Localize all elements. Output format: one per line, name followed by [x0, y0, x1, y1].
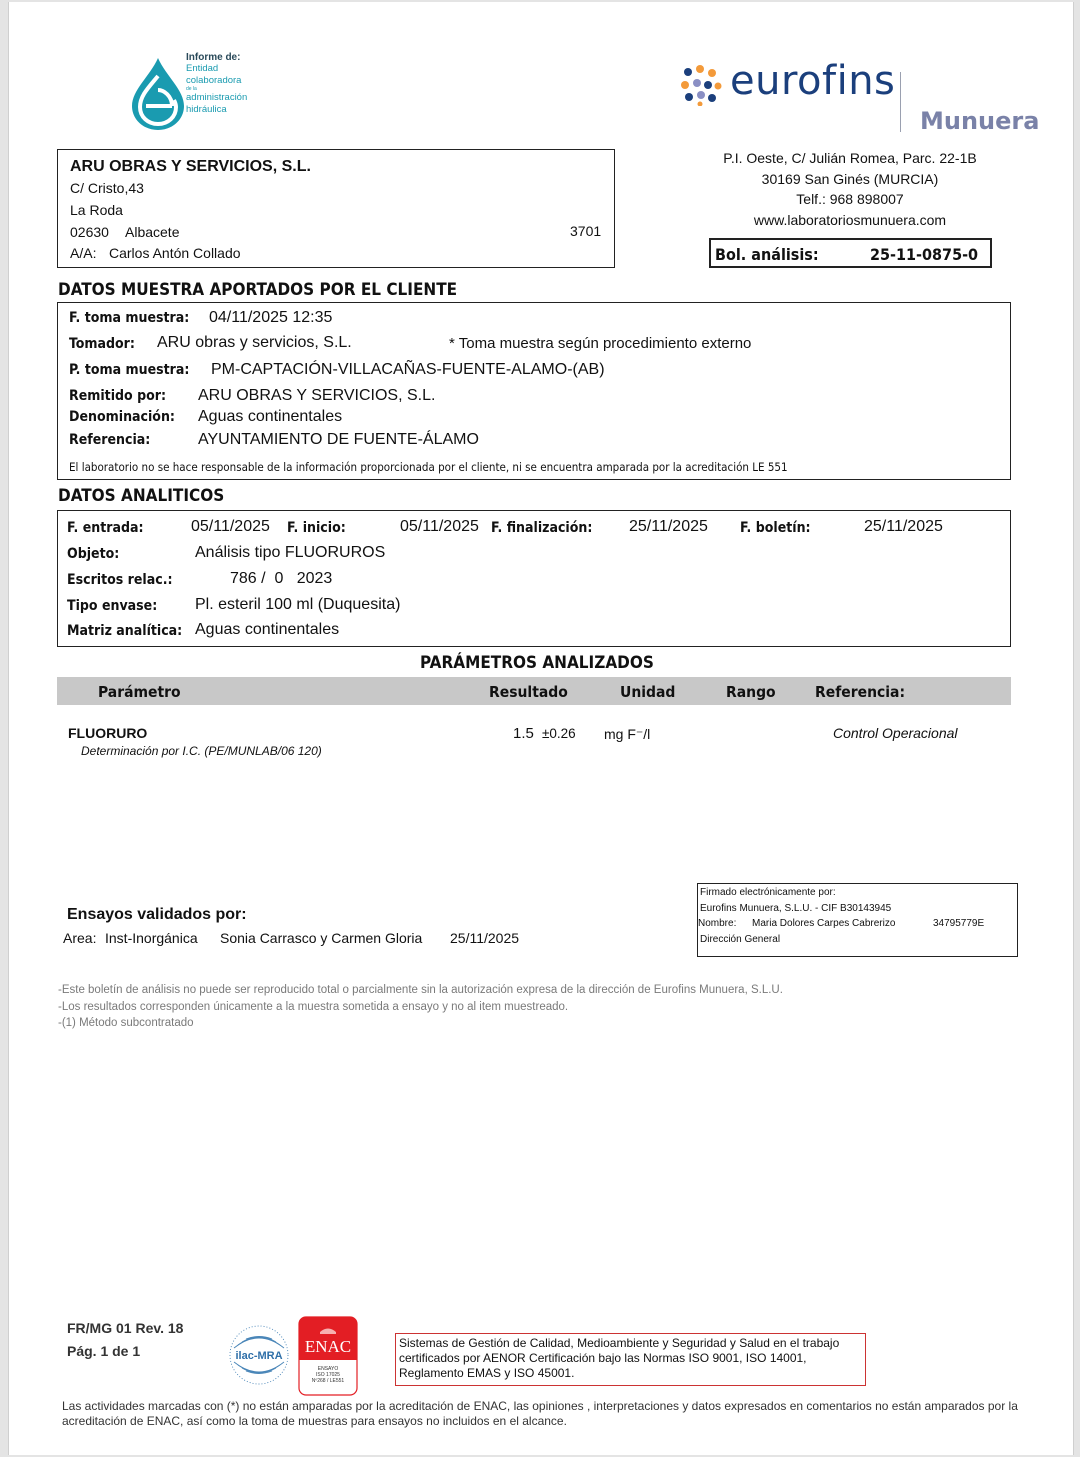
client-address-box: ARU OBRAS Y SERVICIOS, S.L. C/ Cristo,43…: [57, 149, 615, 268]
object: Análisis tipo FLUORUROS: [195, 544, 385, 562]
matrix: Aguas continentales: [195, 621, 339, 639]
parameter-result: 1.5: [513, 725, 534, 742]
eurofins-brand: eurofins: [730, 58, 895, 104]
svg-text:Nº268 / LE551: Nº268 / LE551: [312, 1378, 345, 1384]
parameters-title: PARÁMETROS ANALIZADOS: [420, 653, 654, 673]
start-date: 05/11/2025: [400, 518, 479, 536]
ilac-mra-logo-icon: ilac-MRA: [228, 1324, 290, 1386]
sent-by-label: Remitido por:: [69, 388, 166, 404]
form-code: FR/MG 01 Rev. 18: [67, 1320, 183, 1336]
parameter-uncertainty: ±0.26: [542, 726, 576, 741]
sampler-label: Tomador:: [69, 336, 135, 352]
agency-heading: Informe de:: [186, 52, 247, 63]
sampler: ARU obras y servicios, S.L.: [157, 334, 352, 352]
denomination: Aguas continentales: [198, 408, 342, 426]
end-date-label: F. finalización:: [491, 520, 592, 536]
bulletin-date-label: F. boletín:: [740, 520, 811, 536]
col-reference: Referencia:: [815, 683, 905, 701]
signature-name-label: Nombre:: [698, 916, 736, 932]
entry-date: 05/11/2025: [191, 518, 270, 536]
signature-id: 34795779E: [933, 916, 984, 932]
sent-by: ARU OBRAS Y SERVICIOS, S.L.: [198, 387, 435, 405]
col-unit: Unidad: [620, 683, 675, 701]
validators: Sonia Carrasco y Carmen Gloria: [220, 930, 422, 946]
munuera-brand: Munuera: [920, 107, 1039, 135]
client-info-disclaimer: El laboratorio no se hace responsable de…: [69, 460, 788, 474]
sampling-point: PM-CAPTACIÓN-VILLACAÑAS-FUENTE-ALAMO-(AB…: [211, 361, 605, 379]
validation-date: 25/11/2025: [450, 930, 519, 946]
client-city: La Roda: [70, 202, 123, 218]
sample-data-box: F. toma muestra: 04/11/2025 12:35 Tomado…: [57, 302, 1011, 480]
page-number: Pág. 1 de 1: [67, 1343, 140, 1359]
agency-line: administración: [186, 92, 247, 103]
agency-line: colaboradora: [186, 75, 247, 86]
analysis-data-box: F. entrada: 05/11/2025 F. inicio: 05/11/…: [57, 510, 1011, 647]
signature-heading: Firmado electrónicamente por:: [700, 885, 1015, 901]
sampling-date: 04/11/2025 12:35: [209, 309, 332, 327]
attention-label: A/A:: [70, 245, 96, 261]
eurofins-dots-icon: [680, 64, 722, 106]
parameter-method: Determinación por I.C. (PE/MUNLAB/06 120…: [81, 744, 322, 758]
client-postal-code: 02630: [70, 224, 109, 240]
matrix-label: Matriz analítica:: [67, 623, 182, 639]
lab-address: P.I. Oeste, C/ Julián Romea, Parc. 22-1B…: [705, 148, 995, 230]
certification-box: Sistemas de Gestión de Calidad, Medioamb…: [395, 1333, 866, 1386]
start-date-label: F. inicio:: [287, 520, 346, 536]
validation-title: Ensayos validados por:: [67, 906, 247, 924]
electronic-signature-box: Firmado electrónicamente por: Eurofins M…: [697, 883, 1018, 957]
parameter-reference: Control Operacional: [833, 725, 958, 741]
lab-address-line: P.I. Oeste, C/ Julián Romea, Parc. 22-1B: [705, 148, 995, 169]
enac-logo-icon: ENAC ENSAYO ISO 17025 Nº268 / LE551: [298, 1316, 358, 1396]
note-item: -Este boletín de análisis no puede ser r…: [58, 982, 783, 999]
end-date: 25/11/2025: [629, 518, 708, 536]
denomination-label: Denominación:: [69, 409, 175, 425]
col-range: Rango: [726, 683, 776, 701]
svg-text:ENAC: ENAC: [305, 1337, 351, 1356]
bulletin-label: Bol. análisis:: [715, 245, 819, 264]
report-notes: -Este boletín de análisis no puede ser r…: [58, 982, 783, 1032]
lab-website[interactable]: www.laboratoriosmunuera.com: [705, 210, 995, 231]
client-name: ARU OBRAS Y SERVICIOS, S.L.: [70, 158, 311, 176]
logo-divider: [900, 72, 901, 132]
signature-name-row: Nombre: Maria Dolores Carpes Cabrerizo 3…: [700, 916, 1015, 932]
sampling-point-label: P. toma muestra:: [69, 362, 189, 378]
object-label: Objeto:: [67, 546, 119, 562]
water-drop-e-icon: [128, 56, 188, 132]
agency-line: hidráulica: [186, 104, 247, 115]
col-result: Resultado: [489, 683, 568, 701]
reference-label: Referencia:: [69, 432, 150, 448]
note-item: -(1) Método subcontratado: [58, 1015, 783, 1032]
sampling-date-label: F. toma muestra:: [69, 310, 189, 326]
client-street: C/ Cristo,43: [70, 180, 144, 196]
agency-logo-text: Informe de: Entidad colaboradora de la a…: [186, 52, 247, 115]
related-docs-label: Escritos relac.:: [67, 572, 173, 588]
signature-role: Dirección General: [700, 932, 1015, 948]
signature-name: Maria Dolores Carpes Cabrerizo: [752, 916, 895, 932]
entry-date-label: F. entrada:: [67, 520, 144, 536]
parameters-table-header: Parámetro Resultado Unidad Rango Referen…: [57, 677, 1011, 705]
svg-text:ilac-MRA: ilac-MRA: [235, 1350, 282, 1362]
bulletin-number-box: Bol. análisis: 25-11-0875-0: [709, 238, 992, 268]
lab-phone: Telf.: 968 898007: [705, 189, 995, 210]
signature-company: Eurofins Munuera, S.L.U. - CIF B30143945: [700, 901, 1015, 917]
validation-area-label: Area:: [63, 930, 96, 946]
sampler-note: * Toma muestra según procedimiento exter…: [449, 335, 751, 352]
enac-disclaimer: Las actividades marcadas con (*) no está…: [62, 1399, 1022, 1429]
parameter-unit: mg F⁻/l: [604, 726, 650, 743]
validation-area: Inst-Inorgánica: [105, 930, 198, 946]
container-label: Tipo envase:: [67, 598, 157, 614]
parameter-name: FLUORURO: [68, 725, 147, 741]
certification-text: Sistemas de Gestión de Calidad, Medioamb…: [399, 1336, 862, 1381]
related-docs: 786 / 0 2023: [230, 570, 332, 588]
reference: AYUNTAMIENTO DE FUENTE-ÁLAMO: [198, 431, 479, 449]
container: Pl. esteril 100 ml (Duquesita): [195, 596, 400, 614]
agency-line: Entidad: [186, 63, 247, 74]
bulletin-number: 25-11-0875-0: [870, 245, 978, 264]
analysis-section-title: DATOS ANALITICOS: [58, 486, 224, 506]
client-code: 3701: [570, 223, 601, 239]
note-item: -Los resultados corresponden únicamente …: [58, 999, 783, 1016]
sample-section-title: DATOS MUESTRA APORTADOS POR EL CLIENTE: [58, 280, 457, 300]
lab-address-line: 30169 San Ginés (MURCIA): [705, 169, 995, 190]
attention-name: Carlos Antón Collado: [109, 245, 241, 261]
client-province: Albacete: [125, 224, 179, 240]
bulletin-date: 25/11/2025: [864, 518, 943, 536]
col-parameter: Parámetro: [98, 683, 181, 701]
